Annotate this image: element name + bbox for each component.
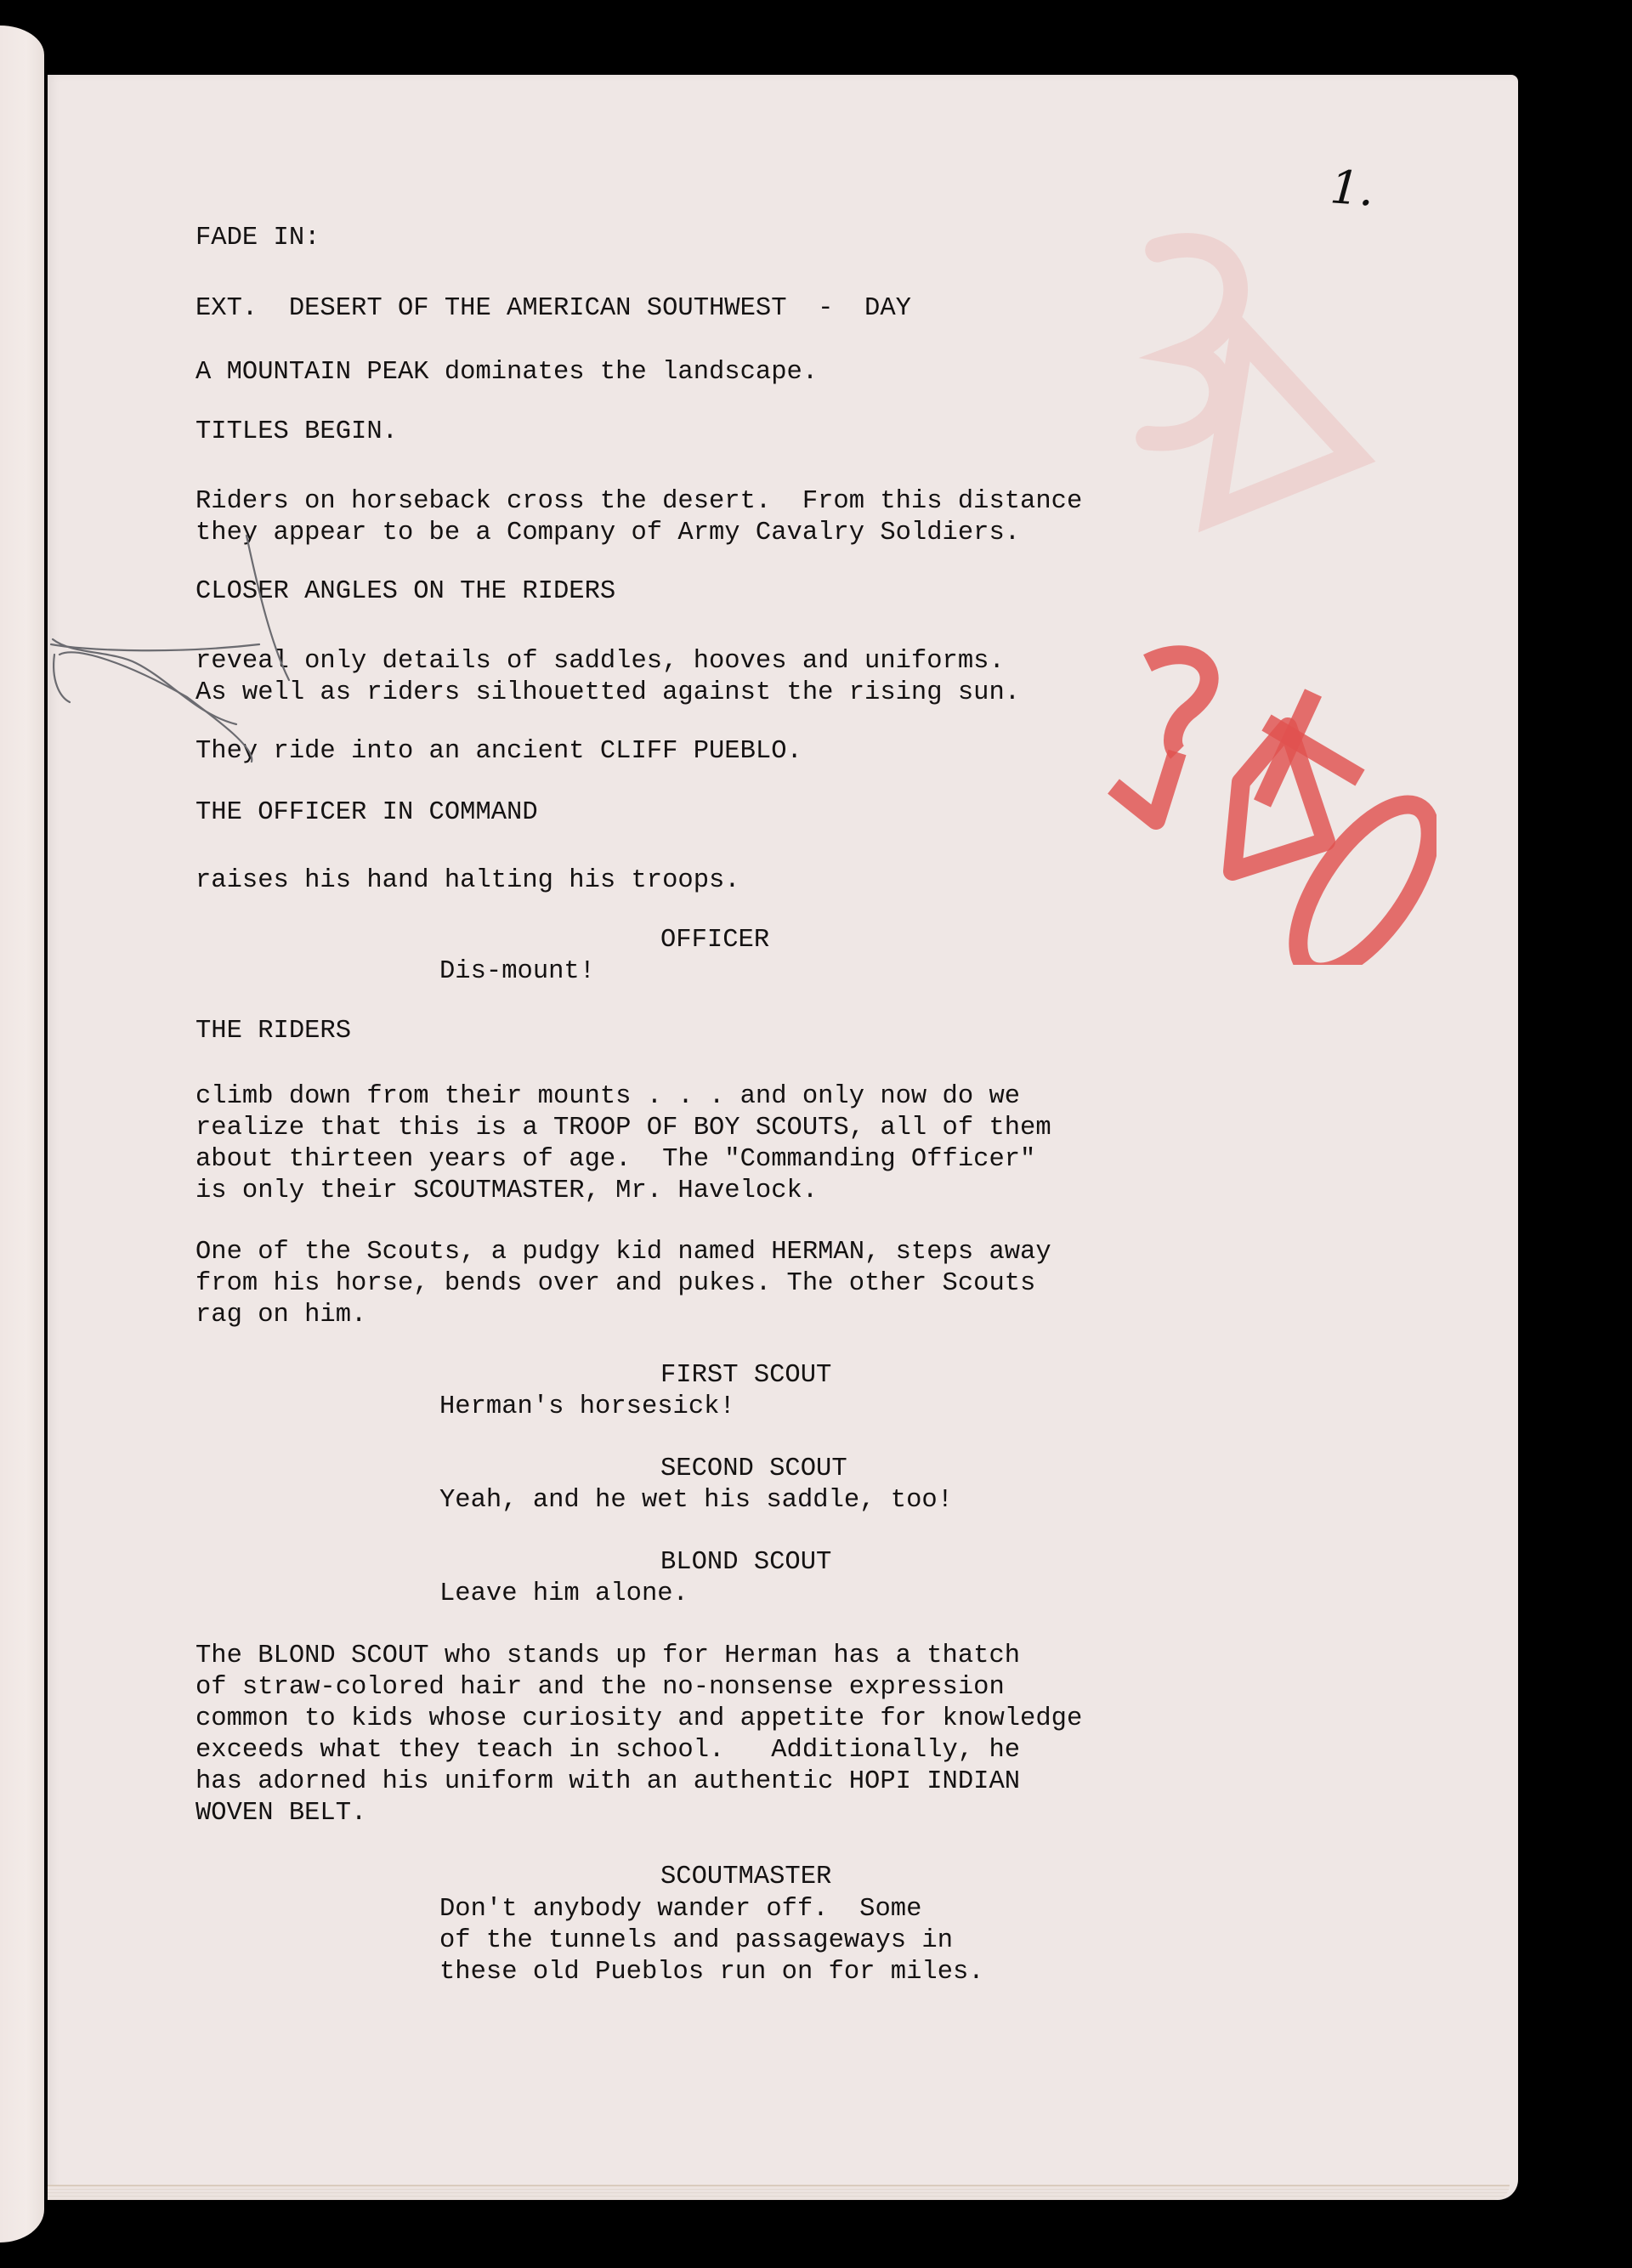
action-line: One of the Scouts, a pudgy kid named HER… [195,1237,1051,1268]
action-line: reveal only details of saddles, hooves a… [195,646,1020,678]
action-line: exceeds what they teach in school. Addit… [195,1735,1082,1766]
action-line: climb down from their mounts . . . and o… [195,1081,1051,1113]
previous-page-edge [0,26,44,2242]
handwritten-page-number: 1. [1329,160,1376,216]
action-line: WOVEN BELT. [195,1798,1082,1829]
action-line: they appear to be a Company of Army Cava… [195,518,1082,549]
action-line: has adorned his uniform with an authenti… [195,1766,1082,1798]
action-line: As well as riders silhouetted against th… [195,678,1020,709]
character-name: SCOUTMASTER [195,1862,831,1893]
dialogue-line: Herman's horsesick! [195,1392,735,1423]
character-name: SECOND SCOUT [195,1454,847,1485]
action-block: Riders on horseback cross the desert. Fr… [195,486,1082,549]
action-line: A MOUNTAIN PEAK dominates the landscape. [195,357,818,388]
character-name: FIRST SCOUT [195,1360,831,1392]
action-line: TITLES BEGIN. [195,417,398,448]
action-line: Riders on horseback cross the desert. Fr… [195,486,1082,518]
character-name: BLOND SCOUT [195,1547,831,1579]
action-line: They ride into an ancient CLIFF PUEBLO. [195,736,802,768]
character-name: OFFICER [195,925,769,956]
action-block: One of the Scouts, a pudgy kid named HER… [195,1237,1051,1331]
dialogue-line: of the tunnels and passageways in [439,1925,984,1957]
dialogue-line: Yeah, and he wet his saddle, too! [195,1485,953,1517]
action-line: rag on him. [195,1300,1051,1331]
action-line: from his horse, bends over and pukes. Th… [195,1268,1051,1300]
action-line: common to kids whose curiosity and appet… [195,1704,1082,1735]
action-line: about thirteen years of age. The "Comman… [195,1144,1051,1176]
action-line: is only their SCOUTMASTER, Mr. Havelock. [195,1176,1051,1207]
shot-heading: THE RIDERS [195,1016,351,1047]
action-line: of straw-colored hair and the no-nonsens… [195,1672,1082,1704]
action-block: reveal only details of saddles, hooves a… [195,646,1020,709]
dialogue-line: Don't anybody wander off. Some [439,1894,984,1925]
action-line: The BLOND SCOUT who stands up for Herman… [195,1641,1082,1672]
scene-heading: EXT. DESERT OF THE AMERICAN SOUTHWEST - … [195,293,911,325]
shot-heading: THE OFFICER IN COMMAND [195,797,538,829]
transition: FADE IN: [195,223,320,254]
action-block: The BLOND SCOUT who stands up for Herman… [195,1641,1082,1829]
dialogue-line: Dis-mount! [195,956,595,988]
shot-heading: CLOSER ANGLES ON THE RIDERS [195,576,615,608]
dialogue-line: these old Pueblos run on for miles. [439,1957,984,1988]
dialogue-block: Don't anybody wander off. Some of the tu… [195,1894,984,1988]
action-line: realize that this is a TROOP OF BOY SCOU… [195,1113,1051,1144]
action-block: climb down from their mounts . . . and o… [195,1081,1051,1207]
dialogue-line: Leave him alone. [195,1579,688,1610]
action-line: raises his hand halting his troops. [195,865,740,897]
